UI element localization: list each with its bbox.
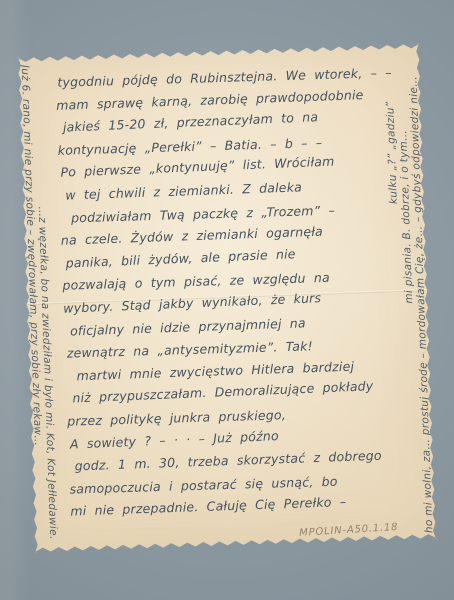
- letter-paper: tygodniu pójdę do Rubinsztejna. We wtore…: [17, 43, 436, 553]
- letter-body: tygodniu pójdę do Rubinsztejna. We wtore…: [55, 60, 414, 526]
- catalog-number: MPOLIN-A50.1.18: [299, 522, 399, 539]
